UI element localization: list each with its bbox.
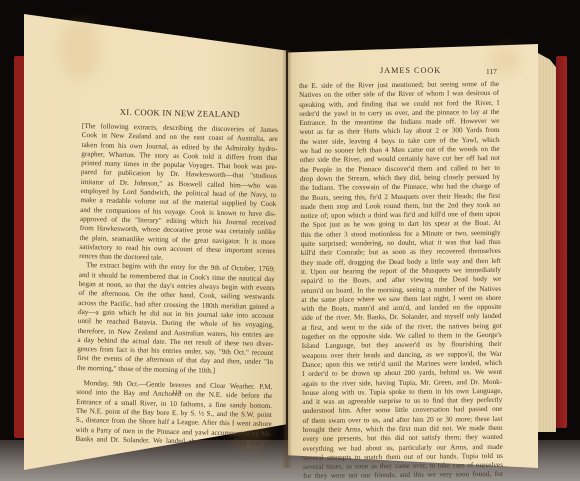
text-line: for they were not our friends; and this … bbox=[303, 470, 503, 481]
red-cover-right-edge bbox=[556, 56, 567, 428]
left-page-text: [The following extracts, describing the … bbox=[75, 122, 278, 448]
page-number-right: 117 bbox=[486, 67, 497, 76]
page-number-left: 116 bbox=[172, 389, 182, 396]
running-head: JAMES COOK bbox=[380, 66, 441, 75]
open-book-photo: XI. COOK IN NEW ZEALAND [The following e… bbox=[0, 0, 580, 481]
page-block-edges bbox=[536, 52, 556, 432]
right-page-text: the E. side of the River just mentioned;… bbox=[299, 80, 503, 481]
book-gutter bbox=[282, 50, 292, 468]
foxing-stain bbox=[60, 20, 100, 80]
